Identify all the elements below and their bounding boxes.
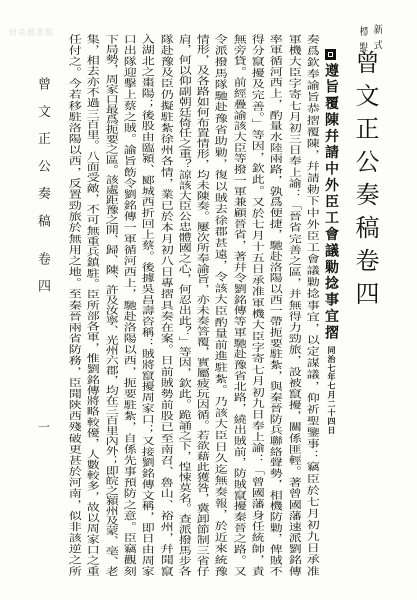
margin-book-title: 曾文正公奏稿: [35, 77, 50, 227]
page-number: 一: [38, 420, 50, 434]
text-column-3: 率軍循河西上，酌量水陸兩路，孰爲便捷，馳赴洛陽以西一帶扼要駐紮，與秦晉防兵聯絡聲…: [263, 34, 284, 576]
series-label-punctuated: 標點: [356, 26, 368, 52]
text-column-8: 肩，何以仰副朝廷倚任之重？諒該大臣公忠體國之心，何忍出此？」等因，欽此。跪誦之下…: [172, 34, 193, 576]
text-column-7: 情形，及各路如何布置情形，均未陳奏。屢次所奉諭旨，亦未奏答覆，實屬疲玩因循。若欲…: [190, 34, 211, 576]
text-column-13: 集，相去亦不過三百里。八面受敵，不可無重兵鎮駐。臣所部各軍，惟劉銘傳將略較優，人…: [80, 34, 101, 576]
margin-volume: 卷四: [35, 252, 50, 292]
text-column-4: 得分竄擾及完善。」等因，欽此。又於七月十五日承准軍機大臣字寄七月初九日奉上諭：「…: [245, 34, 266, 576]
text-column-9: 隊赴豫及臣仍擬駐紮徐州各情，業已於本月初八日專摺具奏在案。日前賊勢前股已至南召、…: [154, 34, 175, 576]
text-column-12: 下局勢，周家口最爲扼要之區。該處距豫之開、歸、陳、許及汝寧、光州六郡，均在三百里…: [99, 34, 120, 576]
library-watermark: 財美圖書館: [9, 27, 54, 38]
series-label-new-style: 新式: [370, 24, 382, 50]
book-title: 曾文正公奏稿卷四: [351, 50, 379, 305]
text-column-2: 軍機大臣字寄七月初三日奉上諭：「晉省完善之區，并無得力勁旅，設被竄擾，關係匪輕。…: [282, 34, 303, 576]
text-column-10: 入湖北之棗陽；後股由臨潁、郾城西折回上蔡。後據吳昌壽咨稱：賊將竄擾周家口；又接劉…: [135, 34, 156, 576]
book-page: 財美圖書館 新式 標點 曾文正公奏稿卷四 遵旨覆陳幷請中外臣工會議勦捻事宜摺 同…: [0, 0, 417, 600]
text-column-11: 口出隊迎擊上蔡之賊。諭旨飭令劉銘傳一軍循河西上，馳赴洛陽以西，扼要駐紮，自係先事…: [117, 34, 138, 576]
text-column-1: 奏爲欽奉諭旨恭摺覆陳，幷請勅下中外臣工會議勦捻事宜，以定謀議，仰祈聖鑒事：竊臣於…: [300, 34, 321, 576]
memorial-title: 遵旨覆陳幷請中外臣工會議勦捻事宜摺: [322, 63, 339, 339]
text-column-6: 令派撥馬隊馳赴豫省助勦，復以賊去徐郡甚遠，令該大臣酌量前進駐紮。乃該大臣日久迄無…: [208, 34, 229, 576]
text-column-14: 任付之。今若移駐洛陽以西，反置勁旅於無用之地。至秦晉兩省防務，臣聞陝西殘破更甚於…: [62, 34, 83, 576]
section-marker-icon: [325, 49, 336, 60]
text-column-5: 無旁貸。前經疊諭該大臣等撥一軍兼顧晉省，著幷令劉銘傳等軍馳赴豫省北路，繞出賊前，…: [227, 34, 248, 576]
memorial-date: 同治七年七月二十四日: [326, 346, 337, 434]
